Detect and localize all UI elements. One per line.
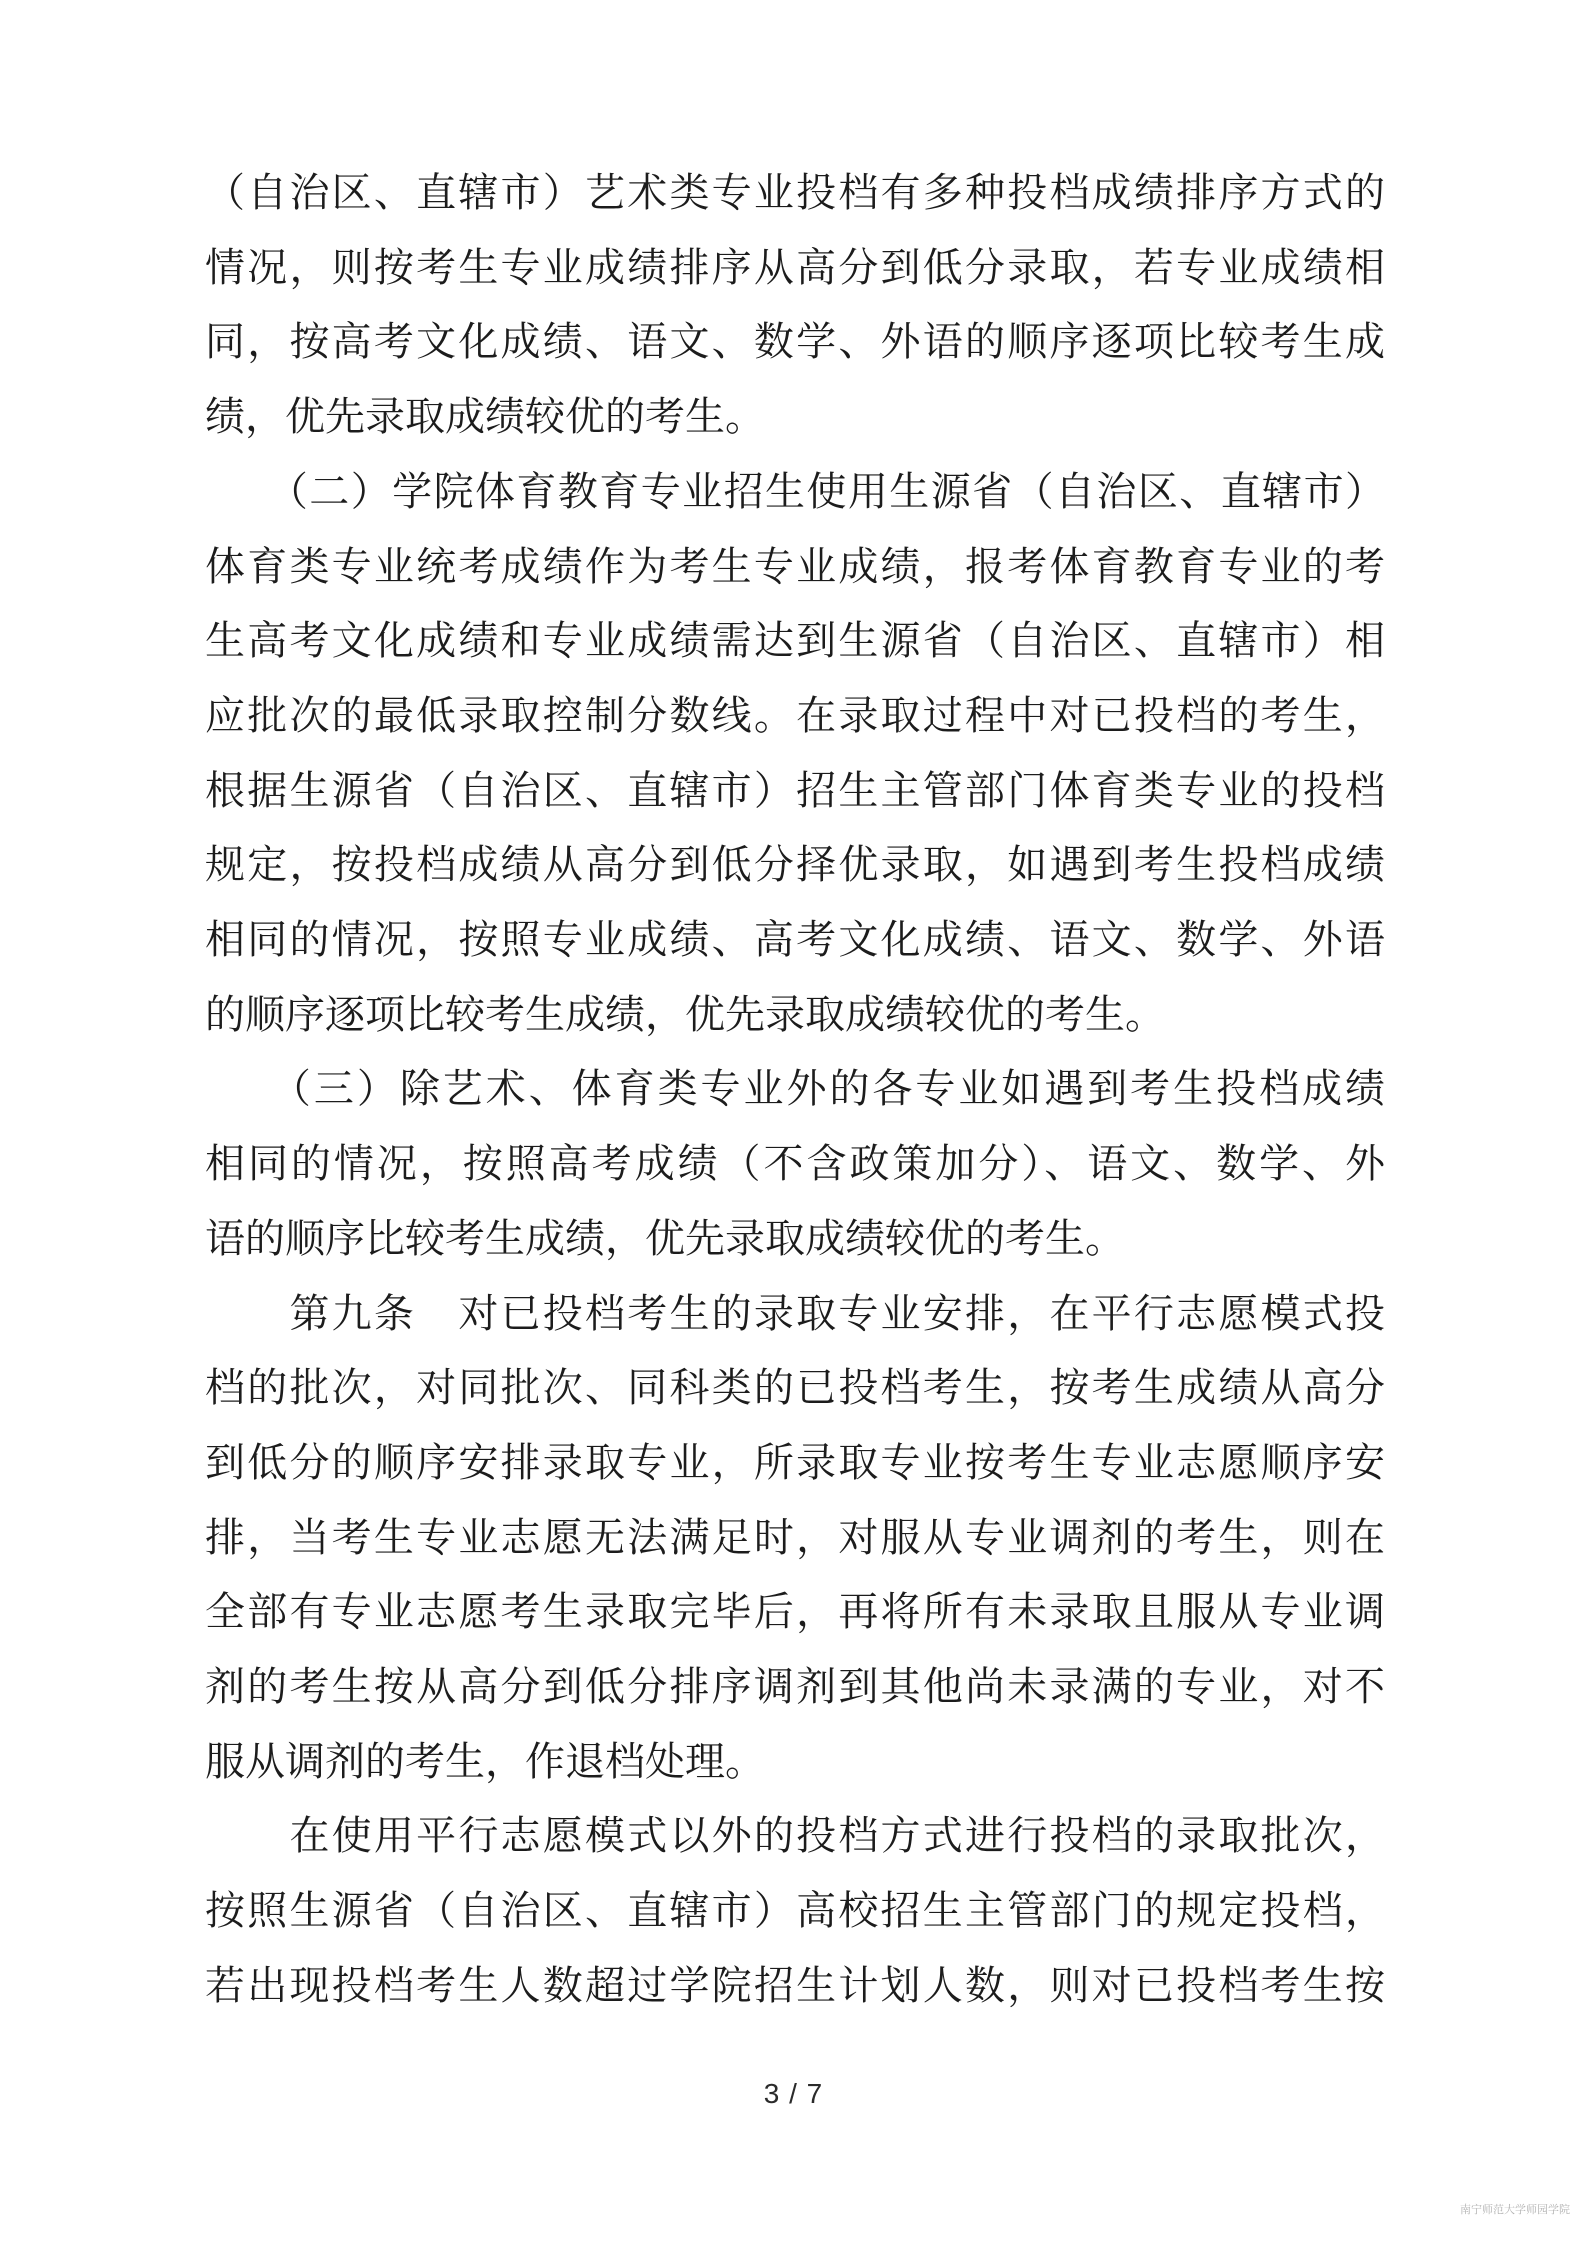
paragraph-3-line-2: 相同的情况，按照高考成绩（不含政策加分）、语文、数学、外 xyxy=(205,1127,1385,1202)
paragraph-2-line-2: 体育类专业统考成绩作为考生专业成绩，报考体育教育专业的考 xyxy=(205,530,1385,605)
paragraph-1: （自治区、直辖市）艺术类专业投档有多种投档成绩排序方式的情况，则按考生专业成绩排… xyxy=(205,156,1385,455)
paragraph-2-line-1: （二）学院体育教育专业招生使用生源省（自治区、直辖市） xyxy=(205,455,1385,530)
paragraph-4-line-5: 全部有专业志愿考生录取完毕后，再将所有未录取且服从专业调 xyxy=(205,1575,1385,1650)
paragraph-2-line-6: 规定，按投档成绩从高分到低分择优录取，如遇到考生投档成绩 xyxy=(205,828,1385,903)
paragraph-2-line-3: 生高考文化成绩和专业成绩需达到生源省（自治区、直辖市）相 xyxy=(205,604,1385,679)
paragraph-4-line-7: 服从调剂的考生，作退档处理。 xyxy=(205,1725,1385,1800)
paragraph-5-line-3: 若出现投档考生人数超过学院招生计划人数，则对已投档考生按 xyxy=(205,1949,1385,2024)
paragraph-5-line-1: 在使用平行志愿模式以外的投档方式进行投档的录取批次， xyxy=(205,1799,1385,1874)
paragraph-4-line-6: 剂的考生按从高分到低分排序调剂到其他尚未录满的专业，对不 xyxy=(205,1650,1385,1725)
paragraph-5: 在使用平行志愿模式以外的投档方式进行投档的录取批次，按照生源省（自治区、直辖市）… xyxy=(205,1799,1385,2023)
paragraph-2-line-4: 应批次的最低录取控制分数线。在录取过程中对已投档的考生， xyxy=(205,679,1385,754)
paragraph-1-line-4: 绩，优先录取成绩较优的考生。 xyxy=(205,380,1385,455)
paragraph-2-line-7: 相同的情况，按照专业成绩、高考文化成绩、语文、数学、外语 xyxy=(205,903,1385,978)
paragraph-5-line-2: 按照生源省（自治区、直辖市）高校招生主管部门的规定投档， xyxy=(205,1874,1385,1949)
watermark: 南宁师范大学师园学院 xyxy=(1460,2203,1570,2217)
page-footer: 3 / 7 xyxy=(0,2078,1587,2110)
paragraph-4-line-3: 到低分的顺序安排录取专业，所录取专业按考生专业志愿顺序安 xyxy=(205,1426,1385,1501)
paragraph-1-line-3: 同，按高考文化成绩、语文、数学、外语的顺序逐项比较考生成 xyxy=(205,305,1385,380)
document-page: （自治区、直辖市）艺术类专业投档有多种投档成绩排序方式的情况，则按考生专业成绩排… xyxy=(0,0,1587,2245)
paragraph-2: （二）学院体育教育专业招生使用生源省（自治区、直辖市）体育类专业统考成绩作为考生… xyxy=(205,455,1385,1053)
paragraph-1-line-1: （自治区、直辖市）艺术类专业投档有多种投档成绩排序方式的 xyxy=(205,156,1385,231)
paragraph-4: 第九条 对已投档考生的录取专业安排，在平行志愿模式投档的批次，对同批次、同科类的… xyxy=(205,1277,1385,1800)
paragraph-2-line-8: 的顺序逐项比较考生成绩，优先录取成绩较优的考生。 xyxy=(205,978,1385,1053)
paragraph-3: （三）除艺术、体育类专业外的各专业如遇到考生投档成绩相同的情况，按照高考成绩（不… xyxy=(205,1052,1385,1276)
document-body: （自治区、直辖市）艺术类专业投档有多种投档成绩排序方式的情况，则按考生专业成绩排… xyxy=(205,156,1385,2024)
paragraph-4-line-1: 第九条 对已投档考生的录取专业安排，在平行志愿模式投 xyxy=(205,1277,1385,1352)
paragraph-4-line-4: 排，当考生专业志愿无法满足时，对服从专业调剂的考生，则在 xyxy=(205,1501,1385,1576)
paragraph-3-line-1: （三）除艺术、体育类专业外的各专业如遇到考生投档成绩 xyxy=(205,1052,1385,1127)
paragraph-2-line-5: 根据生源省（自治区、直辖市）招生主管部门体育类专业的投档 xyxy=(205,754,1385,829)
paragraph-3-line-3: 语的顺序比较考生成绩，优先录取成绩较优的考生。 xyxy=(205,1202,1385,1277)
paragraph-4-line-2: 档的批次，对同批次、同科类的已投档考生，按考生成绩从高分 xyxy=(205,1351,1385,1426)
page-number: 3 / 7 xyxy=(764,2078,823,2109)
paragraph-1-line-2: 情况，则按考生专业成绩排序从高分到低分录取，若专业成绩相 xyxy=(205,231,1385,306)
